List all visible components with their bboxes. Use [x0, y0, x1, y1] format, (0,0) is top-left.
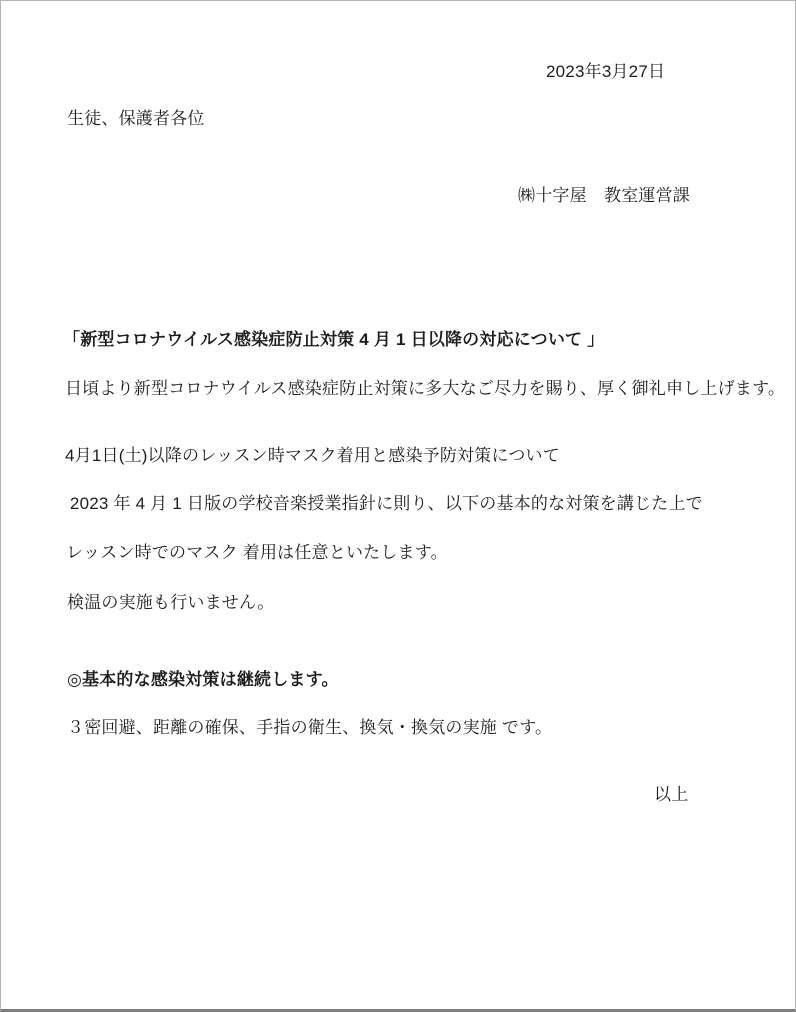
- measures-detail: ３密回避、距離の確保、手指の衛生、換気・換気の実施 です。: [67, 717, 552, 739]
- closing-line: 以上: [654, 784, 688, 806]
- policy-paragraph-line3: 検温の実施も行いません。: [67, 592, 274, 614]
- sender-line: ㈱十字屋 教室運営課: [518, 185, 690, 207]
- greeting-paragraph: 日頃より新型コロナウイルス感染症防止対策に多大なご尽力を賜り、厚く御礼申し上げま…: [65, 378, 785, 400]
- document-date: 2023年3月27日: [546, 61, 665, 83]
- policy-paragraph-line1: 2023 年 4 月 1 日版の学校音楽授業指針に則り、以下の基本的な対策を講じ…: [65, 493, 703, 515]
- policy-paragraph-line2: レッスン時でのマスク 着用は任意といたします。: [66, 542, 448, 564]
- measures-heading: ◎基本的な感染対策は継続します。: [67, 669, 339, 691]
- recipient-line: 生徒、保護者各位: [67, 108, 205, 130]
- subject-paragraph: 4月1日(土)以降のレッスン時マスク着用と感染予防対策について: [65, 445, 560, 467]
- document-title: 「新型コロナウイルス感染症防止対策 4 月 1 日以降の対応について 」: [63, 329, 604, 351]
- letter-page: 2023年3月27日 生徒、保護者各位 ㈱十字屋 教室運営課 「新型コロナウイル…: [0, 0, 796, 1012]
